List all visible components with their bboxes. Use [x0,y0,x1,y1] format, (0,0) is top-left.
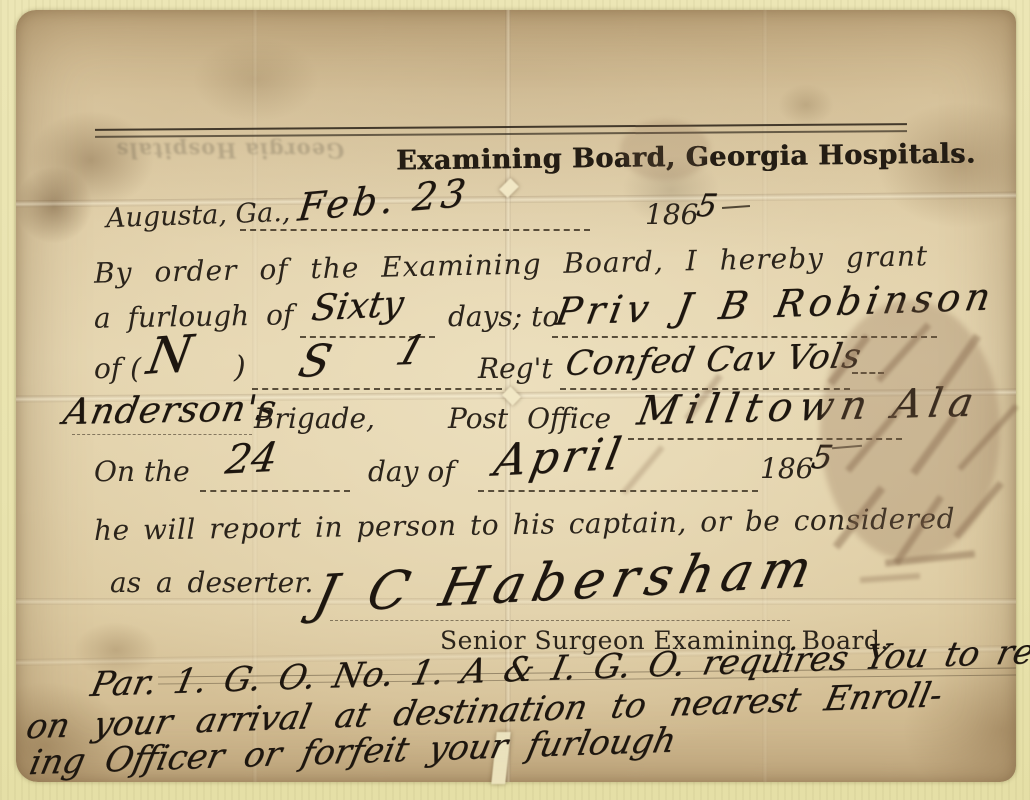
scanner-background: Georgia Hospitals Examining Board, Georg… [0,0,1030,800]
bleed-smudge-top [620,120,710,180]
bleed-smudge-area [820,300,1000,560]
